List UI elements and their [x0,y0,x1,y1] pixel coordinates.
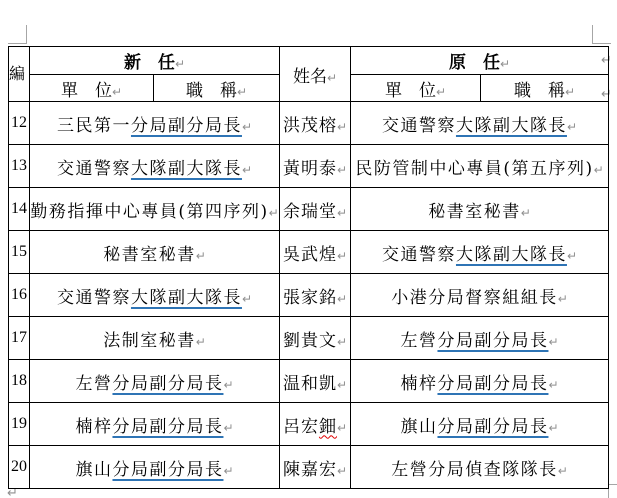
new-position-text: 楠梓 [75,417,112,437]
header-new-unit-cell[interactable]: 單 位↵ [30,75,154,102]
cell-end-mark-icon: ↵ [337,378,347,392]
cell-end-mark-icon: ↵ [175,57,185,71]
name-cell[interactable]: 余瑞堂↵ [280,188,351,231]
new-position-text: 交通警察 [57,288,131,308]
name-text: 余瑞堂 [283,202,337,222]
new-position-cell[interactable]: 左營分局副分局長↵ [30,360,280,403]
row-number-cell[interactable]: 19 [9,403,30,446]
cell-end-mark-icon: ↵ [269,206,279,220]
margin-crop-mark-icon [592,25,611,44]
cell-end-mark-icon: ↵ [558,292,568,306]
cell-end-mark-icon: ↵ [337,206,347,220]
cell-end-mark-icon: ↵ [223,421,233,435]
name-text: 劉貴文 [283,331,337,351]
row-number-cell[interactable]: 20 [9,446,30,489]
cell-end-mark-icon: ↵ [337,464,347,478]
row-number-cell[interactable]: 14 [9,188,30,231]
cell-end-mark-icon: ↵ [558,464,568,478]
cell-end-mark-icon: ↵ [242,120,252,134]
name-cell[interactable]: 呂宏鈿↵ [280,403,351,446]
old-position-cell[interactable]: 秘書室秘書↵ [351,188,609,231]
cell-end-mark-icon: ↵ [327,71,337,85]
cell-end-mark-icon: ↵ [223,378,233,392]
cell-end-mark-icon: ↵ [337,163,347,177]
new-position-cell[interactable]: 秘書室秘書↵ [30,231,280,274]
old-position-text: 楠梓 [400,374,437,394]
header-row-sections: 編 號 新 任↵ 姓名↵ 原 任↵ [9,47,609,75]
cell-end-mark-icon: ↵ [337,249,347,263]
new-position-cell[interactable]: 交通警察大隊副大隊長↵ [30,274,280,317]
row-number-cell[interactable]: 12 [9,102,30,145]
table-row: 15 秘書室秘書↵ 吳武煌↵ 交通警察大隊副大隊長↵ [9,231,609,274]
name-cell[interactable]: 張家銘↵ [280,274,351,317]
old-position-underlined-text: 大隊副大隊長 [456,116,567,136]
header-new-label: 新 任 [124,53,175,73]
new-position-text: 三民第一 [57,116,131,136]
cell-end-mark-icon: ↵ [594,163,604,177]
old-position-text: 左營 [400,331,437,351]
old-position-text: 交通警察 [382,116,456,136]
cell-end-mark-icon: ↵ [521,206,531,220]
margin-crop-mark-icon [608,484,617,498]
header-old-unit-cell[interactable]: 單 位↵ [351,75,481,102]
old-position-cell[interactable]: 左營分局副分局長↵ [351,317,609,360]
name-text: 温和凱 [283,374,337,394]
old-position-text: 交通警察 [382,245,456,265]
cell-end-mark-icon: ↵ [567,249,577,263]
cell-end-mark-icon: ↵ [337,335,347,349]
header-unit-label: 單 位 [61,81,112,101]
header-unit-label: 單 位 [385,81,436,101]
new-position-cell[interactable]: 楠梓分局副分局長↵ [30,403,280,446]
row-number-cell[interactable]: 16 [9,274,30,317]
old-position-cell[interactable]: 交通警察大隊副大隊長↵ [351,102,609,145]
new-position-underlined-text: 分局副分局長 [112,417,223,437]
header-old-label: 原 任 [449,53,500,73]
table-row: 13 交通警察大隊副大隊長↵ 黃明泰↵ 民防管制中心專員(第五序列)↵ [9,145,609,188]
new-position-text: 勤務指揮中心專員(第四序列) [30,202,268,222]
name-text: 黃明泰 [283,159,337,179]
cell-end-mark-icon: ↵ [548,421,558,435]
new-position-cell[interactable]: 旗山分局副分局長↵ [30,446,280,489]
header-old-title-cell[interactable]: 職 稱↵ [481,75,609,102]
name-cell[interactable]: 黃明泰↵ [280,145,351,188]
name-spellcheck-text: 鈿 [319,417,337,437]
cell-end-mark-icon: ↵ [500,57,510,71]
old-position-text: 旗山 [400,417,437,437]
old-position-cell[interactable]: 左營分局偵查隊隊長↵ [351,446,609,489]
cell-end-mark-icon: ↵ [242,163,252,177]
name-cell[interactable]: 吳武煌↵ [280,231,351,274]
table-row: 16 交通警察大隊副大隊長↵ 張家銘↵ 小港分局督察組組長↵ [9,274,609,317]
row-number-cell[interactable]: 18 [9,360,30,403]
new-position-cell[interactable]: 交通警察大隊副大隊長↵ [30,145,280,188]
new-position-text: 秘書室秘書 [103,245,196,265]
name-cell[interactable]: 温和凱↵ [280,360,351,403]
header-name-label: 姓名 [293,67,327,87]
row-number-cell[interactable]: 17 [9,317,30,360]
cell-end-mark-icon: ↵ [337,421,347,435]
old-position-text: 左營分局偵查隊隊長 [391,460,558,480]
old-position-underlined-text: 分局副分局長 [437,417,548,437]
name-cell[interactable]: 劉貴文↵ [280,317,351,360]
cell-end-mark-icon: ↵ [223,464,233,478]
name-text: 呂宏 [283,417,319,437]
new-position-text: 法制室秘書 [103,331,196,351]
row-number-cell[interactable]: 15 [9,231,30,274]
new-position-text: 左營 [75,374,112,394]
header-title-label: 職 稱 [186,81,237,101]
cell-end-mark-icon: ↵ [436,85,446,99]
name-text: 陳嘉宏 [283,460,337,480]
header-new-title-cell[interactable]: 職 稱↵ [154,75,280,102]
personnel-table: 編 號 新 任↵ 姓名↵ 原 任↵ 單 位↵ 職 稱↵ 單 位↵ 職 稱↵ [8,46,609,489]
name-text: 張家銘 [283,288,337,308]
new-position-underlined-text: 大隊副大隊長 [131,288,242,308]
name-text: 洪茂榕 [283,116,337,136]
cell-end-mark-icon: ↵ [548,378,558,392]
header-title-label: 職 稱 [514,81,565,101]
new-position-underlined-text: 分局副分局長 [131,116,242,136]
cell-end-mark-icon: ↵ [242,292,252,306]
header-old-section-cell[interactable]: 原 任↵ [351,47,609,75]
new-position-underlined-text: 分局副分局長 [112,460,223,480]
old-position-underlined-text: 大隊副大隊長 [456,245,567,265]
cell-end-mark-icon: ↵ [337,292,347,306]
new-position-cell[interactable]: 法制室秘書↵ [30,317,280,360]
header-new-section-cell[interactable]: 新 任↵ [30,47,280,75]
name-cell[interactable]: 陳嘉宏↵ [280,446,351,489]
row-number-cell[interactable]: 13 [9,145,30,188]
old-position-text: 秘書室秘書 [428,202,521,222]
cell-end-mark-icon: ↵ [567,120,577,134]
header-number-cell[interactable]: 編 號 [9,47,30,102]
old-position-underlined-text: 分局副分局長 [437,331,548,351]
old-position-cell[interactable]: 楠梓分局副分局長↵ [351,360,609,403]
cell-end-mark-icon: ↵ [337,120,347,134]
old-position-text: 民防管制中心專員(第五序列) [355,159,593,179]
cell-end-mark-icon: ↵ [112,85,122,99]
new-position-underlined-text: 分局副分局長 [112,374,223,394]
cell-end-mark-icon: ↵ [196,249,206,263]
table-row: 14 勤務指揮中心專員(第四序列)↵ 余瑞堂↵ 秘書室秘書↵ [9,188,609,231]
new-position-underlined-text: 大隊副大隊長 [131,159,242,179]
old-position-underlined-text: 分局副分局長 [437,374,548,394]
cell-end-mark-icon: ↵ [196,335,206,349]
new-position-text: 交通警察 [57,159,131,179]
header-name-cell[interactable]: 姓名↵ [280,47,351,102]
old-position-text: 小港分局督察組組長 [391,288,558,308]
name-text: 吳武煌 [283,245,337,265]
old-position-cell[interactable]: 旗山分局副分局長↵ [351,403,609,446]
new-position-cell[interactable]: 三民第一分局副分局長↵ [30,102,280,145]
cell-end-mark-icon: ↵ [237,85,247,99]
table-row: 12 三民第一分局副分局長↵ 洪茂榕↵ 交通警察大隊副大隊長↵ [9,102,609,145]
new-position-text: 旗山 [75,460,112,480]
new-position-cell[interactable]: 勤務指揮中心專員(第四序列)↵ [30,188,280,231]
table-row: 17 法制室秘書↵ 劉貴文↵ 左營分局副分局長↵ [9,317,609,360]
name-cell[interactable]: 洪茂榕↵ [280,102,351,145]
old-position-cell[interactable]: 交通警察大隊副大隊長↵ [351,231,609,274]
cell-end-mark-icon: ↵ [548,335,558,349]
table-row: 18 左營分局副分局長↵ 温和凱↵ 楠梓分局副分局長↵ [9,360,609,403]
table-row: 19 楠梓分局副分局長↵ 呂宏鈿↵ 旗山分局副分局長↵ [9,403,609,446]
document-page: ↵ ↵ ↵ 編 號 新 任↵ 姓名↵ 原 任↵ 單 位↵ 職 稱↵ [0,0,617,498]
old-position-cell[interactable]: 民防管制中心專員(第五序列)↵ [351,145,609,188]
table-row: 20 旗山分局副分局長↵ 陳嘉宏↵ 左營分局偵查隊隊長↵ [9,446,609,489]
margin-crop-mark-icon [8,25,27,44]
old-position-cell[interactable]: 小港分局督察組組長↵ [351,274,609,317]
cell-end-mark-icon: ↵ [565,85,575,99]
